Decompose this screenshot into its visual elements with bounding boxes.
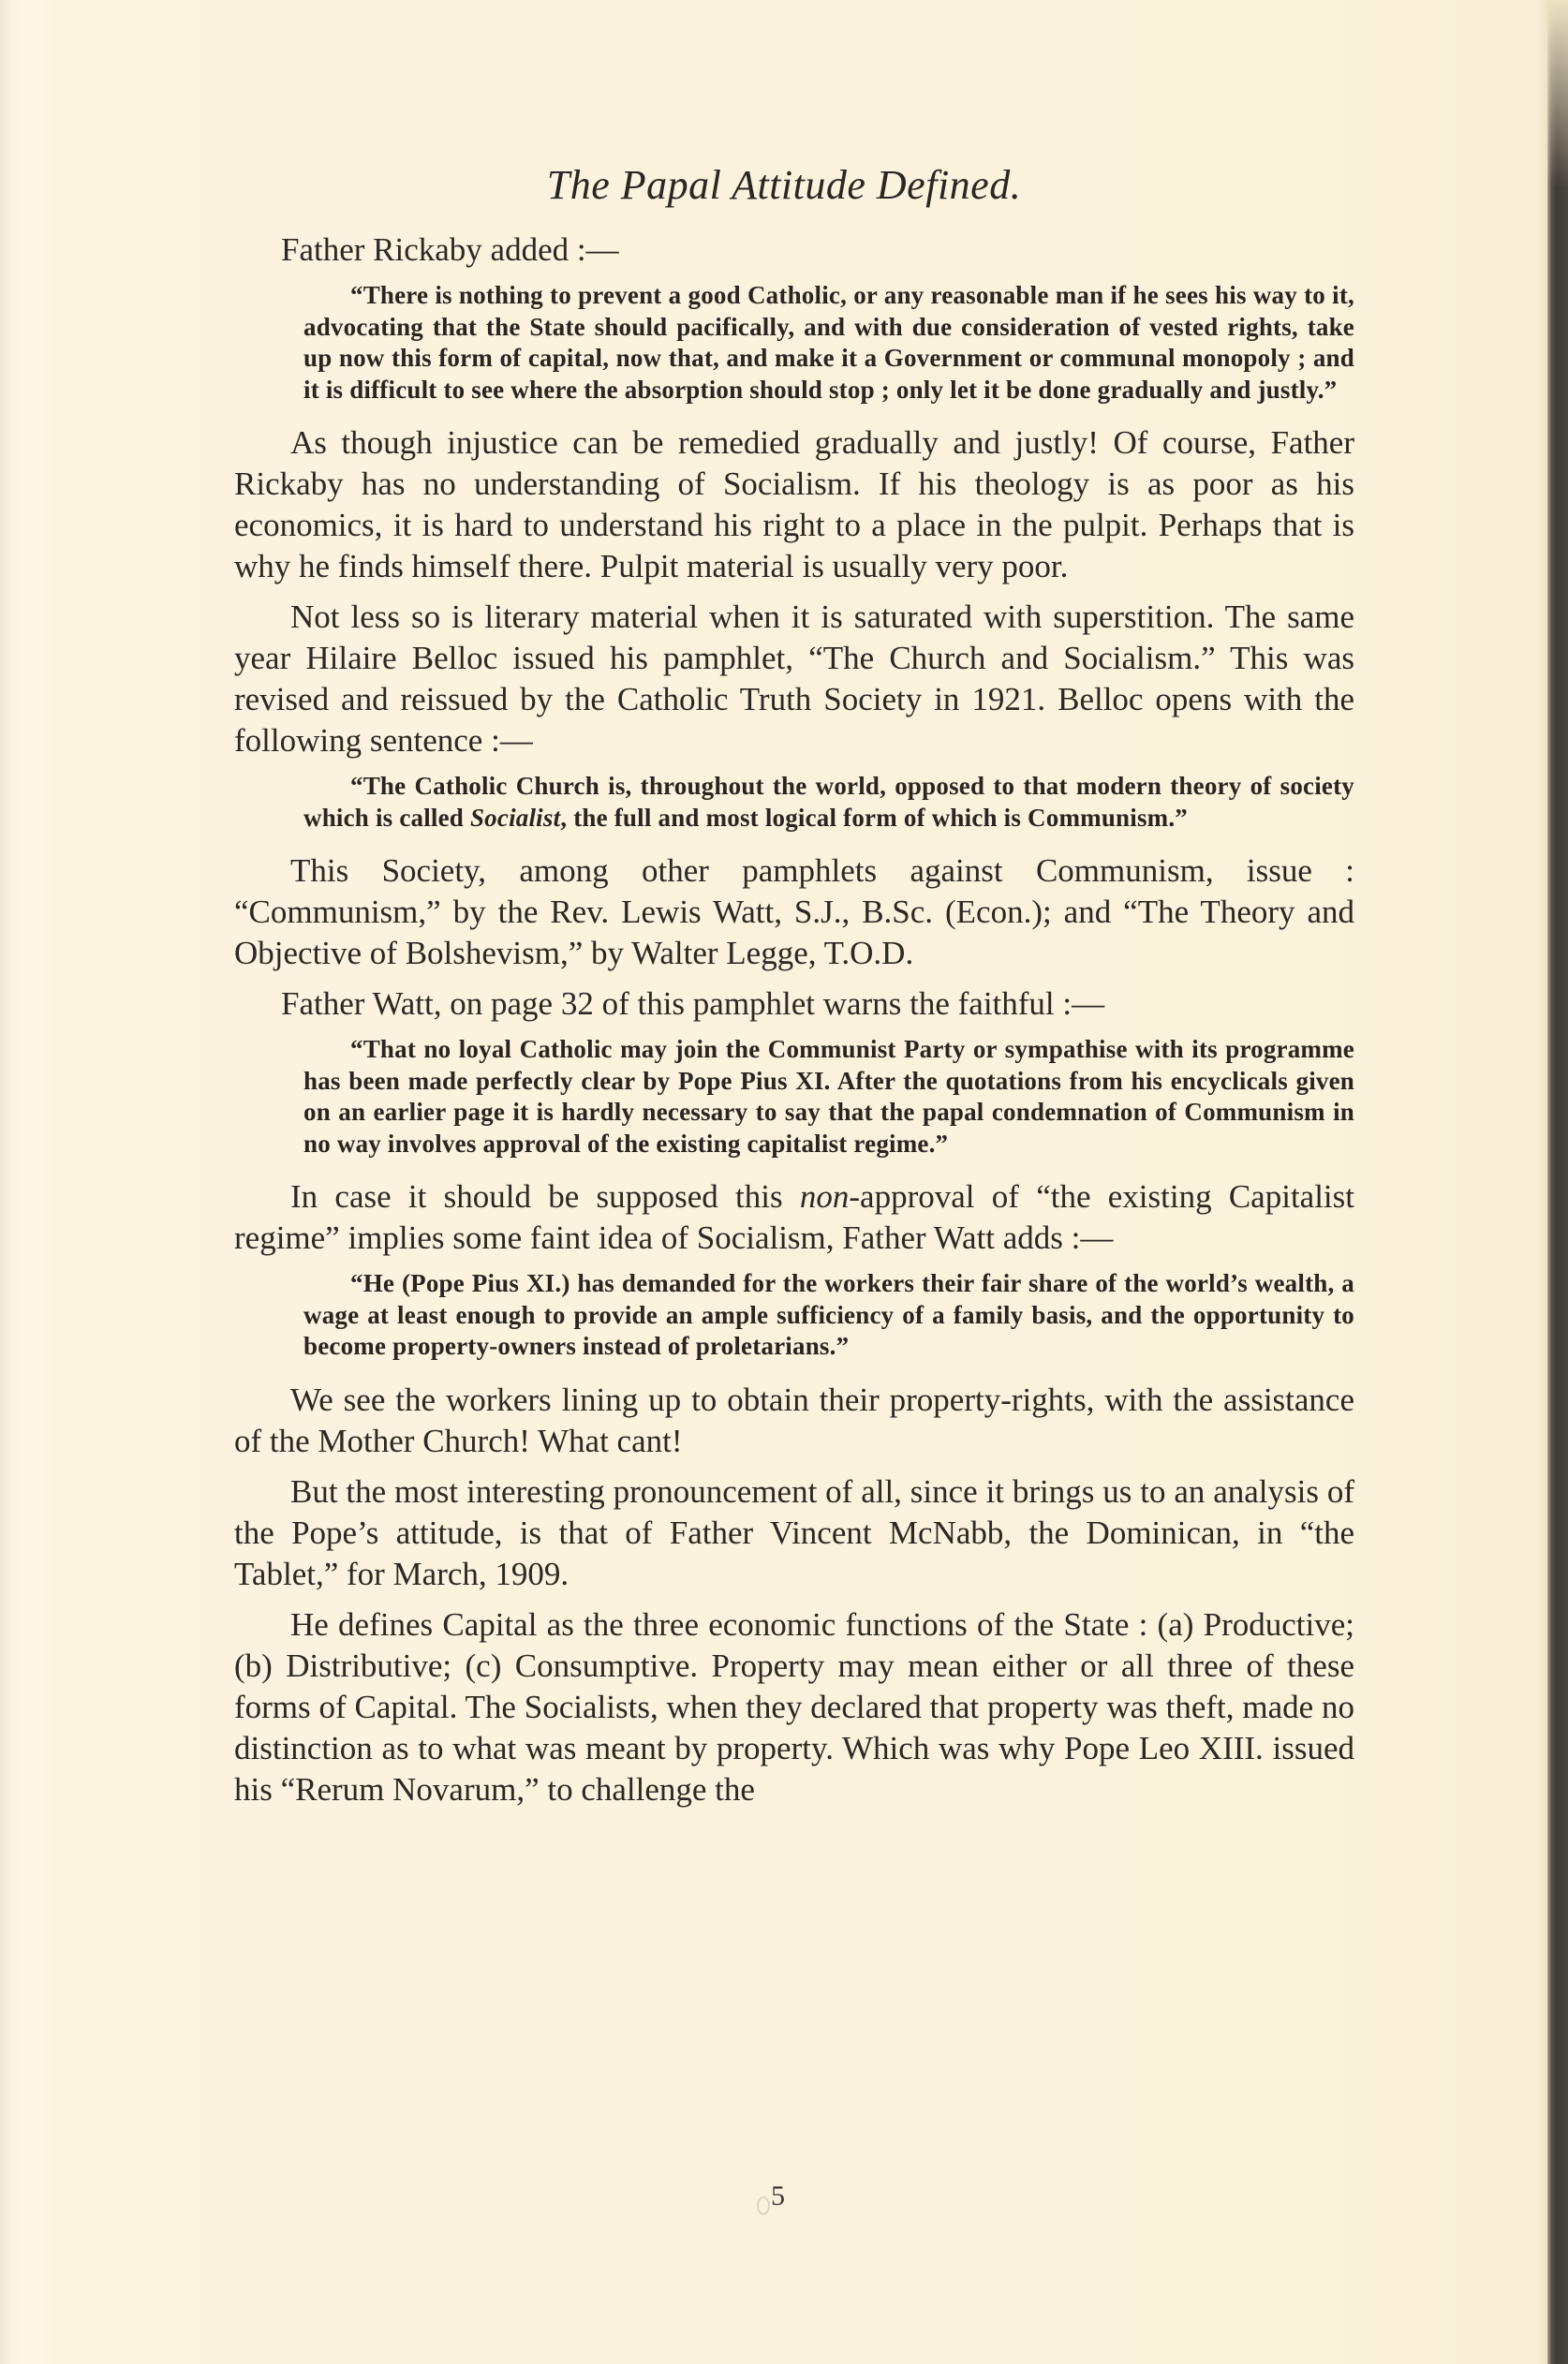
paragraph-workers: We see the workers lining up to obtain t… — [234, 1380, 1354, 1462]
page-number: 5 — [771, 2180, 785, 2212]
quote-watt-loyal: “That no loyal Catholic may join the Com… — [303, 1034, 1354, 1160]
paragraph-watt-warns: Father Watt, on page 32 of this pamphlet… — [234, 983, 1354, 1025]
page-body: Father Rickaby added :— “There is nothin… — [234, 229, 1354, 1820]
ink-mark — [757, 2196, 770, 2215]
paragraph-injustice: As though injustice can be remedied grad… — [234, 422, 1354, 587]
paragraph-non-approval-italic: non — [800, 1178, 850, 1215]
quote-belloc: “The Catholic Church is, throughout the … — [303, 771, 1354, 834]
page-edge — [1547, 0, 1568, 2364]
quote-belloc-end: , the full and most logical form of whic… — [560, 804, 1188, 832]
running-title: The Papal Attitude Defined. — [0, 161, 1568, 209]
paragraph-rickaby-intro: Father Rickaby added :— — [234, 229, 1354, 271]
binding-shadow — [0, 0, 26, 2364]
paragraph-non-approval-start: In case it should be supposed this — [290, 1178, 800, 1215]
paragraph-capital-definition: He defines Capital as the three economic… — [234, 1604, 1354, 1810]
paragraph-mcnabb: But the most interesting pronouncement o… — [234, 1471, 1354, 1595]
paragraph-belloc: Not less so is literary material when it… — [234, 597, 1354, 761]
quote-watt-pope: “He (Pope Pius XI.) has demanded for the… — [303, 1268, 1354, 1363]
paragraph-non-approval: In case it should be supposed this non-a… — [234, 1176, 1354, 1259]
quote-rickaby: “There is nothing to prevent a good Cath… — [303, 280, 1354, 406]
quote-belloc-italic: Socialist — [470, 804, 560, 832]
page-edge-highlight — [1547, 0, 1568, 187]
paragraph-society-pamphlets: This Society, among other pamphlets agai… — [234, 850, 1354, 974]
